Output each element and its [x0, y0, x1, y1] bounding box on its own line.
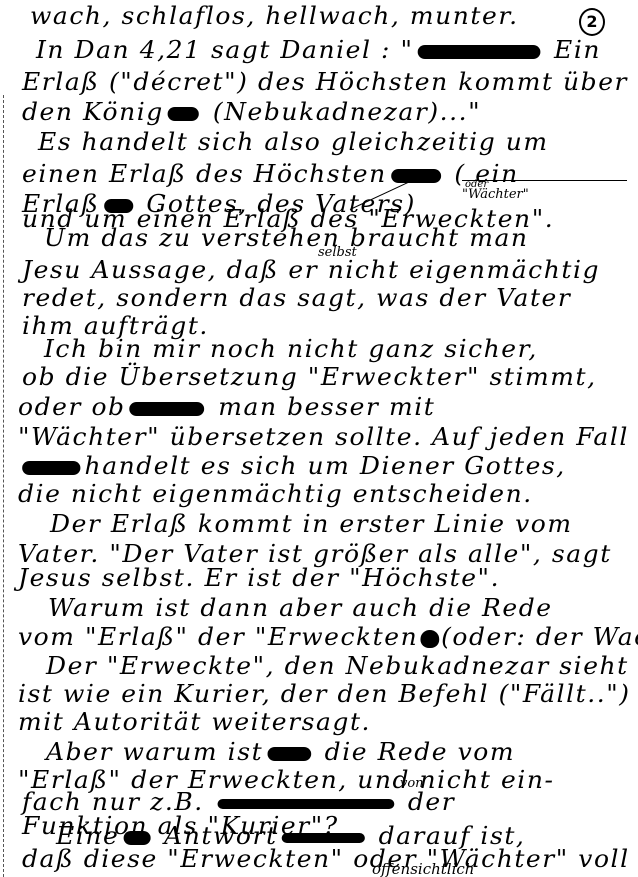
text-line-17: handelt es sich um Diener Gottes, [18, 452, 566, 480]
handwritten-page: 2 wach, schlaflos, hellwach, munter. In … [0, 0, 638, 877]
text-line-4: den König (Nebukadnezar)..." [22, 98, 481, 126]
crossed-out-word [391, 169, 441, 183]
crossed-out-word [282, 833, 365, 843]
text-fragment: oder ob [18, 393, 126, 421]
text-fragment: Jesu Aussage, daß er [22, 256, 318, 284]
text-line-1: wach, schlaflos, hellwach, munter. [30, 2, 519, 30]
text-line-3: Erlaß ("décret") des Höchsten kommt über [22, 68, 628, 96]
text-line-16: "Wächter" übersetzen sollte. Auf jeden F… [18, 423, 629, 451]
text-fragment: die Rede vom [315, 738, 515, 766]
crossed-out-word [123, 831, 150, 845]
text-line-25: ist wie ein Kurier, der den Befehl ("Fäl… [18, 680, 631, 708]
text-fragment: man besser mit [209, 393, 436, 421]
text-fragment: nicht eigenmächtig [328, 256, 600, 284]
text-line-15: oder ob man besser mit [18, 393, 435, 421]
text-fragment: einen Erlaß des Höchsten [22, 160, 387, 188]
text-fragment: vom "Erlaß" der "Erweckten [18, 623, 418, 651]
text-line-19: Der Erlaß kommt in erster Linie vom [50, 510, 573, 538]
text-fragment: der [398, 788, 455, 816]
text-line-26: mit Autorität weitersagt. [18, 708, 371, 736]
text-line-22: Warum ist dann aber auch die Rede [48, 594, 553, 622]
scan-border [3, 95, 5, 877]
text-line-11: redet, sondern das sagt, was der Vater [22, 284, 571, 312]
text-line-6: einen Erlaß des Höchsten ( ein [22, 160, 519, 188]
text-fragment: (Nebukadnezar)..." [203, 98, 481, 126]
crossed-out-word [22, 461, 80, 475]
text-line-23: vom "Erlaß" der "Erweckten(oder: der Wac… [18, 623, 638, 651]
crossed-out-word [130, 402, 205, 416]
text-line-21: Jesus selbst. Er ist der "Höchste". [18, 564, 500, 592]
text-line-5: Es handelt sich also gleichzeitig um [38, 128, 549, 156]
text-line-10: Jesu Aussage, daß er nicht eigenmächtig [22, 256, 600, 284]
text-line-14: ob die Übersetzung "Erweckter" stimmt, [22, 363, 597, 391]
text-line-9: Um das zu verstehen braucht man [44, 224, 529, 252]
text-line-13: Ich bin mir noch nicht ganz sicher, [44, 335, 538, 363]
crossed-out-word [418, 45, 541, 59]
text-fragment: den König [22, 98, 164, 126]
text-line-2: In Dan 4,21 sagt Daniel : " Ein [36, 36, 601, 64]
inserted-word: offensichtlich [372, 862, 474, 876]
inserted-word: "Wächter" [462, 188, 529, 202]
crossed-out-word [168, 107, 199, 121]
text-fragment: Ein [545, 36, 601, 64]
text-fragment: (oder: der Wachen)? [441, 623, 638, 651]
crossed-out-blot [420, 630, 439, 648]
text-fragment: handelt es sich um Diener Gottes, [85, 452, 566, 480]
page-number: 2 [579, 8, 605, 36]
text-fragment: In Dan 4,21 sagt Daniel : " [36, 36, 414, 64]
text-fragment: Aber warum ist [46, 738, 263, 766]
text-line-18: die nicht eigenmächtig entscheiden. [18, 480, 533, 508]
crossed-out-word [217, 799, 394, 809]
text-line-32: daß diese "Erweckten" oder "Wächter" vol… [22, 845, 630, 873]
crossed-out-word [267, 747, 311, 761]
text-line-24: Der "Erweckte", den Nebukadnezar sieht [46, 652, 629, 680]
text-line-27: Aber warum ist die Rede vom [46, 738, 515, 766]
